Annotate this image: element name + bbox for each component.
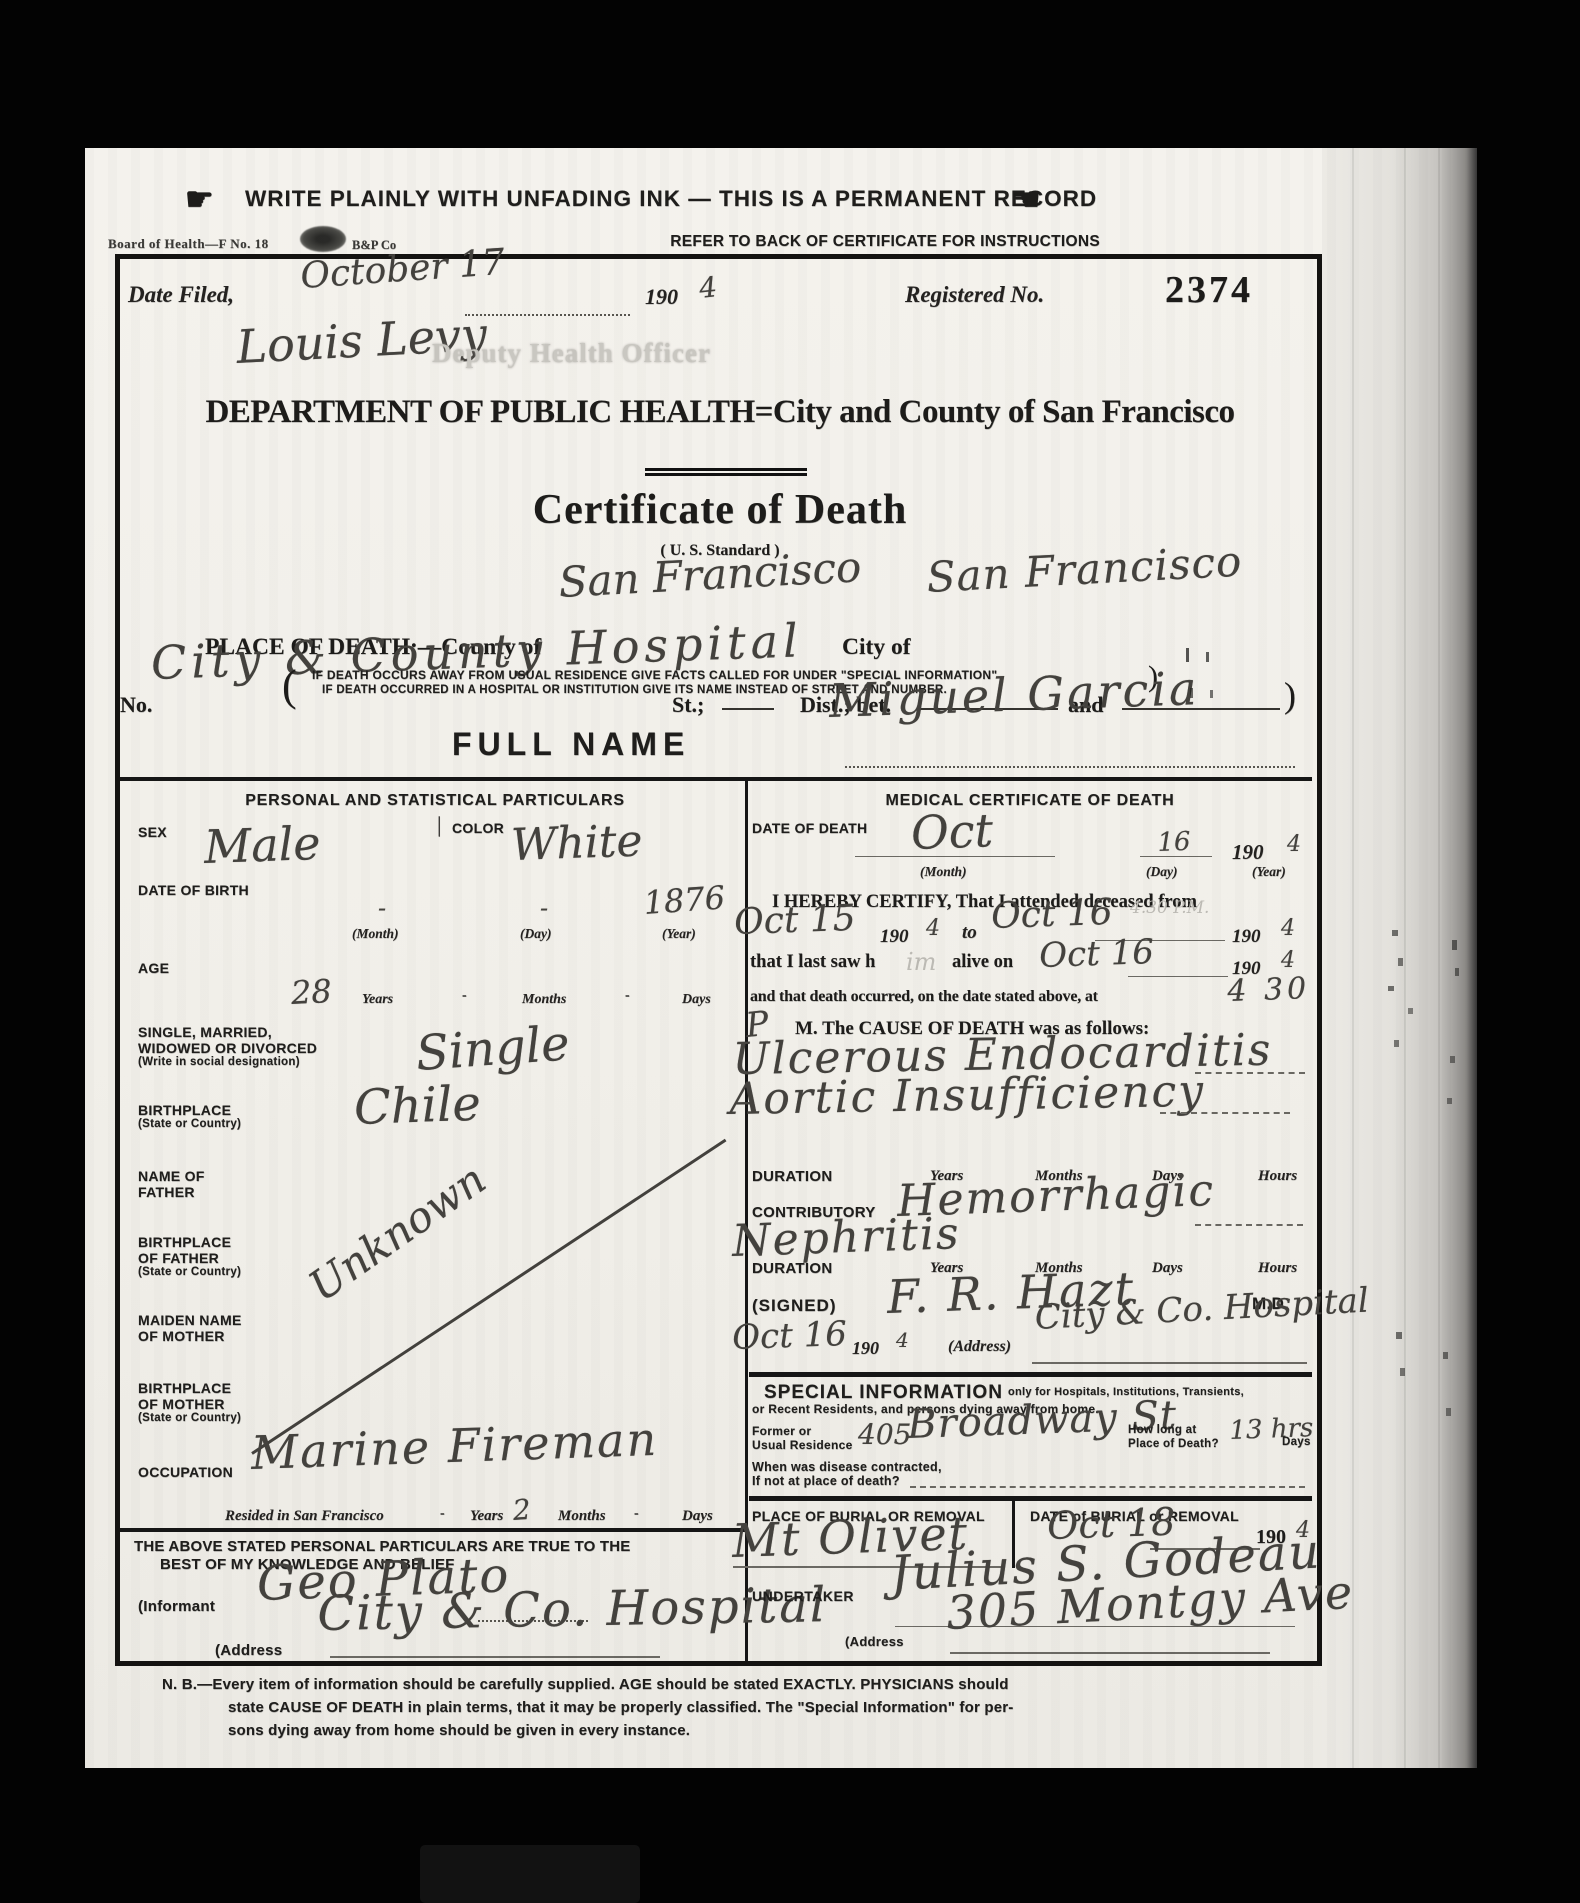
age-days-caption: Days xyxy=(682,992,711,1008)
contributory-value-2: Nephritis xyxy=(731,1208,961,1267)
dod-month-caption: (Month) xyxy=(920,864,967,880)
bleed-mark xyxy=(1455,968,1459,976)
rule xyxy=(1195,1224,1303,1226)
signed-address-label: (Address) xyxy=(948,1338,1011,1356)
informant-label: (Informant xyxy=(138,1598,215,1615)
department-title: DEPARTMENT OF PUBLIC HEALTH=City and Cou… xyxy=(125,394,1315,431)
how-long-days-cap: Days xyxy=(1282,1436,1311,1448)
closing-paren: ) xyxy=(1284,674,1296,716)
bleed-mark xyxy=(1210,690,1213,698)
scanned-death-certificate: ☛ WRITE PLAINLY WITH UNFADING INK — THIS… xyxy=(0,0,1580,1903)
age-label: AGE xyxy=(138,960,169,976)
pointing-hand-left-icon: ☚ xyxy=(1012,180,1041,218)
scanner-shadow xyxy=(420,1845,640,1903)
age-dash: - xyxy=(462,988,467,1004)
opening-paren: ( xyxy=(282,660,297,711)
banner-text: WRITE PLAINLY WITH UNFADING INK — THIS I… xyxy=(245,186,1097,212)
dod-year-caption: (Year) xyxy=(1252,864,1286,880)
bleed-mark xyxy=(1398,958,1403,966)
footnote-line-2: state CAUSE OF DEATH in plain terms, tha… xyxy=(228,1699,1014,1716)
bleed-mark xyxy=(1206,652,1209,662)
rule xyxy=(1128,976,1228,977)
resided-label: Resided in San Francisco xyxy=(225,1508,384,1525)
duration1-hours-cap: Hours xyxy=(1258,1168,1297,1185)
faint-time-note: 4.30 P.M. xyxy=(1130,898,1209,918)
him-written-faint: im xyxy=(906,948,936,976)
date-of-death-day: 16 xyxy=(1157,827,1191,858)
color-label: COLOR xyxy=(452,820,504,836)
signed-label: (SIGNED) xyxy=(752,1296,837,1316)
mother-name-label-1: MAIDEN NAME xyxy=(138,1312,242,1328)
rule xyxy=(465,314,630,316)
rule xyxy=(722,708,774,710)
from-year-written: 4 xyxy=(926,916,940,941)
attestation-divider xyxy=(120,1528,746,1532)
occupation-label: OCCUPATION xyxy=(138,1464,233,1480)
personal-section-header: PERSONAL AND STATISTICAL PARTICULARS xyxy=(130,792,740,810)
pointing-hand-right-icon: ☛ xyxy=(185,180,214,218)
footnote-line-3: sons dying away from home should be give… xyxy=(228,1722,690,1739)
age-dash: - xyxy=(625,988,630,1004)
duration2-days-cap: Days xyxy=(1152,1260,1183,1277)
bleed-mark xyxy=(1450,1056,1455,1063)
refer-instructions: REFER TO BACK OF CERTIFICATE FOR INSTRUC… xyxy=(640,233,1100,251)
age-years-value: 28 xyxy=(290,972,333,1012)
resided-years-value: 2 xyxy=(512,1493,532,1527)
date-of-death-month: Oct xyxy=(910,803,994,860)
rule xyxy=(950,1652,1270,1654)
duration-label-2: DURATION xyxy=(752,1260,832,1277)
month-caption: (Month) xyxy=(352,926,399,942)
from-year-printed: 190 xyxy=(880,926,909,948)
last-year-written: 4 xyxy=(1281,948,1295,973)
marital-label-3: (Write in social designation) xyxy=(138,1056,300,1068)
rule xyxy=(910,1486,1305,1488)
signed-year-written: 4 xyxy=(896,1328,909,1352)
father-name-label-2: FATHER xyxy=(138,1184,195,1200)
contracted-label-1: When was disease contracted, xyxy=(752,1460,942,1474)
rule xyxy=(1195,1072,1305,1074)
resided-dash: - xyxy=(440,1506,445,1522)
contracted-label-2: If not at place of death? xyxy=(752,1474,900,1488)
divider-bar xyxy=(645,468,807,476)
dob-month-mark: - xyxy=(378,894,386,922)
alive-on-label: alive on xyxy=(952,952,1013,973)
place-city-label: City of xyxy=(842,634,911,661)
sex-label: SEX xyxy=(138,824,167,840)
father-name-label-1: NAME OF xyxy=(138,1168,205,1184)
footnote-line-1: N. B.—Every item of information should b… xyxy=(162,1676,1009,1693)
resided-months-caption: Months xyxy=(558,1508,606,1525)
bleed-mark xyxy=(1408,1008,1413,1014)
duration-label-1: DURATION xyxy=(752,1168,832,1185)
bleed-mark xyxy=(1396,1332,1402,1339)
form-number-line: Board of Health—F No. 18 xyxy=(108,236,269,252)
mother-birthplace-label-2: OF MOTHER xyxy=(138,1396,225,1412)
date-filed-year-printed: 190 xyxy=(645,284,678,310)
page-edge-streak xyxy=(1438,148,1440,1768)
street-no-label: No. xyxy=(120,692,152,718)
page-edge-streak xyxy=(1404,148,1406,1768)
printer-union-stamp-icon xyxy=(300,226,346,252)
rule xyxy=(845,766,1295,768)
to-year-printed: 190 xyxy=(1232,926,1261,948)
year-caption: (Year) xyxy=(662,926,696,942)
rule xyxy=(855,856,1055,857)
bleed-mark xyxy=(1186,648,1189,662)
medical-section-header: MEDICAL CERTIFICATE OF DEATH xyxy=(750,792,1310,810)
registered-no-value: 2374 xyxy=(1165,268,1253,312)
last-saw-label: that I last saw h xyxy=(750,952,875,973)
death-time-value: 4 30 xyxy=(1227,971,1311,1009)
resided-dash: - xyxy=(634,1506,639,1522)
marital-value: Single xyxy=(414,1015,571,1082)
birthplace-sublabel: (State or Country) xyxy=(138,1118,241,1130)
duration2-hours-cap: Hours xyxy=(1258,1260,1297,1277)
column-tick: | xyxy=(437,812,441,838)
marital-label-2: WIDOWED OR DIVORCED xyxy=(138,1040,317,1056)
full-name-label: FULL NAME xyxy=(452,726,690,763)
special-divider xyxy=(749,1372,1312,1377)
dob-year-value: 1876 xyxy=(642,878,726,922)
dod-day-caption: (Day) xyxy=(1146,864,1177,880)
bleed-mark xyxy=(1400,1368,1405,1376)
former-residence-label-2: Usual Residence xyxy=(752,1438,853,1452)
attended-to-date: Oct 16 xyxy=(991,892,1114,937)
former-residence-label-1: Former or xyxy=(752,1424,811,1438)
bleed-mark xyxy=(1190,688,1193,698)
birthplace-value: Chile xyxy=(353,1076,482,1136)
attended-from-date: Oct 15 xyxy=(734,898,857,943)
date-filed-label: Date Filed, xyxy=(128,282,234,308)
signed-date: Oct 16 xyxy=(732,1314,848,1358)
resided-years-caption: Years xyxy=(470,1508,503,1525)
to-year-written: 4 xyxy=(1281,916,1295,941)
rule xyxy=(1032,1362,1307,1364)
father-birthplace-label-3: (State or Country) xyxy=(138,1266,241,1278)
mother-name-label-2: OF MOTHER xyxy=(138,1328,225,1344)
mother-birthplace-label-3: (State or Country) xyxy=(138,1412,241,1424)
signed-year-printed: 190 xyxy=(852,1338,879,1359)
death-occurred-label: and that death occurred, on the date sta… xyxy=(750,988,1098,1006)
how-long-label-1: How long at xyxy=(1128,1424,1196,1436)
undertaker-address-label: (Address xyxy=(845,1634,904,1649)
dob-day-mark: - xyxy=(540,894,548,922)
resided-days-caption: Days xyxy=(682,1508,713,1525)
informant-address-value: City & Co. Hospital xyxy=(317,1577,828,1642)
age-years-caption: Years xyxy=(362,992,393,1008)
certificate-title: Certificate of Death xyxy=(125,486,1315,534)
color-value: White xyxy=(510,815,643,871)
father-birthplace-label-2: OF FATHER xyxy=(138,1250,219,1266)
burial-divider xyxy=(749,1496,1312,1501)
day-caption: (Day) xyxy=(520,926,551,942)
section-divider xyxy=(120,777,1312,781)
bleed-mark xyxy=(1443,1352,1448,1359)
father-birthplace-label-1: BIRTHPLACE xyxy=(138,1234,231,1250)
registered-no-label: Registered No. xyxy=(905,282,1044,308)
bleed-mark xyxy=(1446,1408,1451,1416)
rule xyxy=(1160,1112,1290,1114)
date-of-death-label: DATE OF DEATH xyxy=(752,820,867,836)
age-months-caption: Months xyxy=(522,992,566,1008)
rule xyxy=(1140,856,1212,857)
bleed-mark xyxy=(1392,930,1398,936)
to-label: to xyxy=(962,922,977,944)
dob-label: DATE OF BIRTH xyxy=(138,882,249,898)
sex-value: Male xyxy=(203,816,321,874)
dod-year-written: 4 xyxy=(1287,832,1301,857)
clerk-stamp: Deputy Health Officer xyxy=(432,338,711,369)
marital-label-1: SINGLE, MARRIED, xyxy=(138,1024,272,1040)
birthplace-label: BIRTHPLACE xyxy=(138,1102,231,1118)
page-edge-streak xyxy=(1352,148,1354,1768)
undertaker-label: UNDERTAKER xyxy=(752,1588,854,1604)
bleed-mark xyxy=(1394,1040,1399,1047)
dod-year-printed: 190 xyxy=(1232,840,1264,865)
rule xyxy=(330,1656,660,1658)
cause-value-2: Aortic Insufficiency xyxy=(729,1066,1205,1125)
last-saw-date: Oct 16 xyxy=(1039,932,1155,976)
date-filed-year-written: 4 xyxy=(698,270,719,305)
mother-birthplace-label-1: BIRTHPLACE xyxy=(138,1380,231,1396)
bleed-mark xyxy=(1447,1098,1452,1104)
residence-number: 405 xyxy=(858,1418,911,1451)
bleed-mark xyxy=(1388,986,1394,991)
informant-address-label: (Address xyxy=(215,1642,282,1659)
bleed-mark xyxy=(1452,940,1457,950)
how-long-label-2: Place of Death? xyxy=(1128,1438,1219,1450)
